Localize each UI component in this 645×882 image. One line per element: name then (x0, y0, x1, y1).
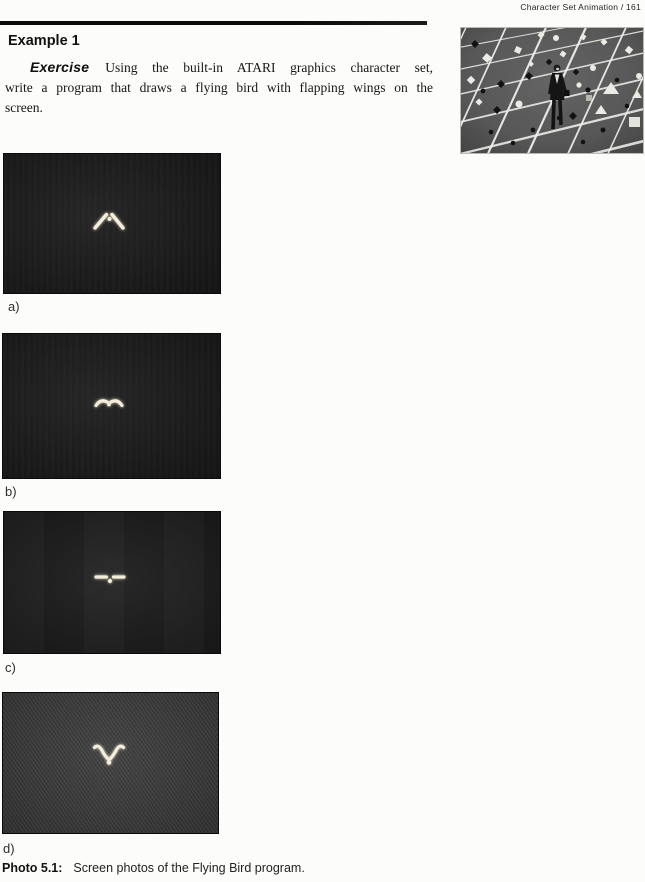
exercise-paragraph: ExerciseUsing the built-in ATARI graphic… (5, 57, 433, 118)
header-rule (0, 21, 427, 25)
screen-photo-a (4, 154, 220, 293)
photo-label-c: c) (5, 660, 16, 675)
running-header: Character Set Animation / 161 (520, 1, 641, 13)
photo-label-b: b) (5, 484, 17, 499)
paragraph-line: ExerciseUsing the built-in ATARI graphic… (5, 57, 433, 78)
screen-photo-c (4, 512, 220, 653)
bird-sprite-wings-lowered (3, 693, 218, 833)
grid-scene-photo (461, 28, 643, 153)
caption-text: Screen photos of the Flying Bird program… (73, 861, 304, 875)
screen-photo-d (3, 693, 218, 833)
paragraph-line: screen. (5, 98, 433, 118)
bird-sprite-wings-half-raised (3, 334, 220, 478)
photo-label-d: d) (3, 841, 15, 856)
figure-caption: Photo 5.1:Screen photos of the Flying Bi… (2, 861, 305, 876)
section-title: Example 1 (8, 33, 80, 49)
paragraph-text: Using the built-in ATARI graphics charac… (105, 60, 433, 75)
exercise-label: Exercise (30, 59, 89, 75)
paragraph-line: write a program that draws a flying bird… (5, 78, 433, 98)
bird-sprite-wings-level (4, 512, 220, 653)
bird-sprite-wings-raised (4, 154, 220, 293)
screen-photo-b (3, 334, 220, 478)
caption-number: Photo 5.1: (2, 861, 62, 875)
book-page: Character Set Animation / 161 Example 1 … (0, 0, 645, 882)
photo-label-a: a) (8, 299, 20, 314)
